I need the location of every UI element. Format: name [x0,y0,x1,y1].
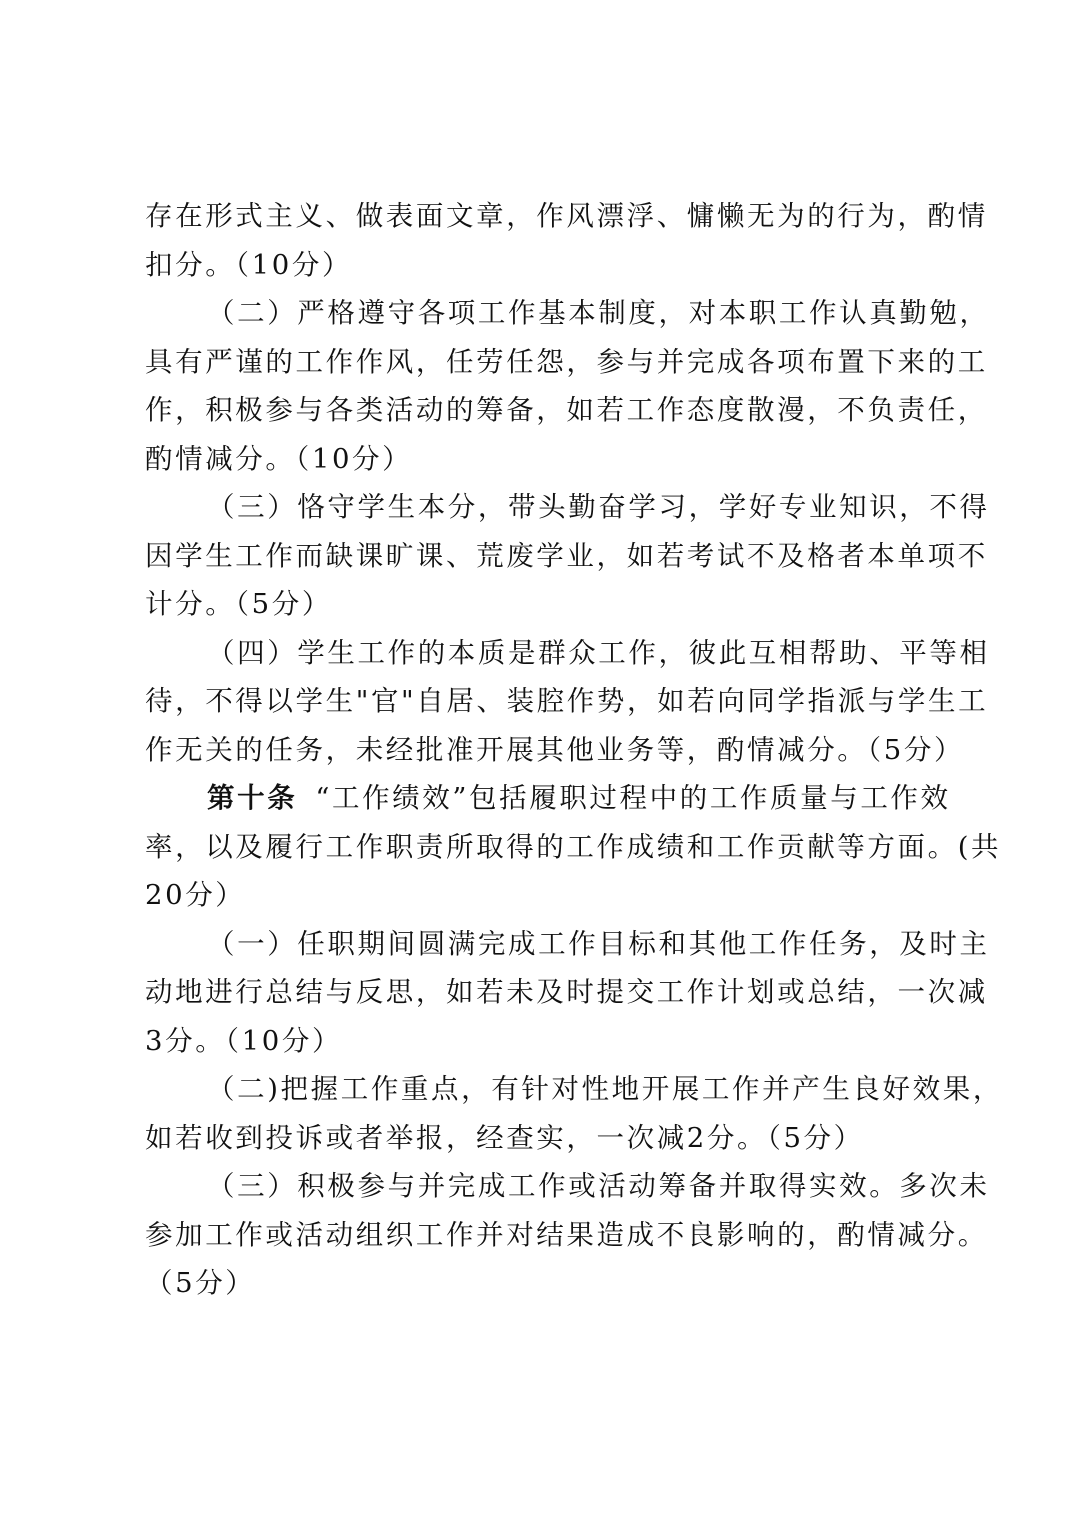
paragraph: （二)把握工作重点，有针对性地开展工作并产生良好效果， 如若收到投诉或者举报，经… [145,1069,945,1166]
document-page: 存在形式主义、做表面文章，作风漂浮、慵懒无为的行为，酌情 扣分。（10分） （二… [145,196,945,1312]
text-line: 动地进行总结与反思，如若未及时提交工作计划或总结，一次减 [145,972,945,1021]
text-line: 3分。（10分） [145,1021,945,1070]
text-line: （二)把握工作重点，有针对性地开展工作并产生良好效果， [145,1069,945,1118]
text-line: 因学生工作而缺课旷课、荒废学业，如若考试不及格者本单项不 [145,536,945,585]
text-line: （二）严格遵守各项工作基本制度，对本职工作认真勤勉， [145,293,945,342]
text-line: 作无关的任务，未经批准开展其他业务等，酌情减分。（5分） [145,730,945,779]
paragraph: （四）学生工作的本质是群众工作，彼此互相帮助、平等相 待，不得以学生"官"自居、… [145,633,945,779]
paragraph: （三）积极参与并完成工作或活动筹备并取得实效。多次未 参加工作或活动组织工作并对… [145,1166,945,1312]
text-line: 第十条“工作绩效”包括履职过程中的工作质量与工作效 [145,778,945,827]
text-line: 酌情减分。（10分） [145,439,945,488]
text-line: 存在形式主义、做表面文章，作风漂浮、慵懒无为的行为，酌情 [145,196,945,245]
paragraph: （二）严格遵守各项工作基本制度，对本职工作认真勤勉， 具有严谨的工作作风，任劳任… [145,293,945,487]
text-line: （一）任职期间圆满完成工作目标和其他工作任务，及时主 [145,924,945,973]
text-line: （5分） [145,1263,945,1312]
article-label: 第十条 [207,782,297,814]
article-paragraph: 第十条“工作绩效”包括履职过程中的工作质量与工作效 率，以及履行工作职责所取得的… [145,778,945,924]
text-line: 作，积极参与各类活动的筹备，如若工作态度散漫，不负责任， [145,390,945,439]
text-line: 扣分。（10分） [145,245,945,294]
text-line: （三）恪守学生本分，带头勤奋学习，学好专业知识，不得 [145,487,945,536]
text-line: 20分） [145,875,945,924]
text-line: 参加工作或活动组织工作并对结果造成不良影响的，酌情减分。 [145,1215,945,1264]
text-line: 待，不得以学生"官"自居、装腔作势，如若向同学指派与学生工 [145,681,945,730]
text-line: 如若收到投诉或者举报，经查实，一次减2分。（5分） [145,1118,945,1167]
text-line: （三）积极参与并完成工作或活动筹备并取得实效。多次未 [145,1166,945,1215]
text-line: （四）学生工作的本质是群众工作，彼此互相帮助、平等相 [145,633,945,682]
article-text: “工作绩效”包括履职过程中的工作质量与工作效 [315,782,950,814]
paragraph: （三）恪守学生本分，带头勤奋学习，学好专业知识，不得 因学生工作而缺课旷课、荒废… [145,487,945,633]
text-line: 率，以及履行工作职责所取得的工作成绩和工作贡献等方面。(共 [145,827,945,876]
paragraph: 存在形式主义、做表面文章，作风漂浮、慵懒无为的行为，酌情 扣分。（10分） [145,196,945,293]
text-line: 计分。（5分） [145,584,945,633]
text-line: 具有严谨的工作作风，任劳任怨，参与并完成各项布置下来的工 [145,342,945,391]
paragraph: （一）任职期间圆满完成工作目标和其他工作任务，及时主 动地进行总结与反思，如若未… [145,924,945,1070]
